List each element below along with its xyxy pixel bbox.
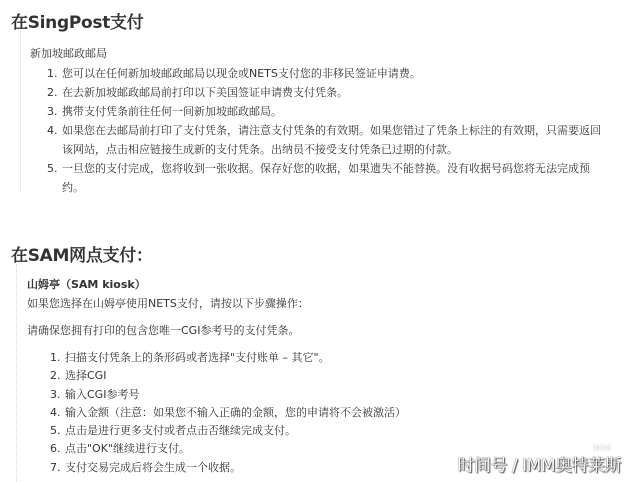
list-item: 2.选择CGI bbox=[50, 367, 550, 385]
singpost-steps-list: 1.您可以在任何新加坡邮政邮局以现金或NETS支付您的非移民签证申请费。 2.在… bbox=[47, 64, 617, 197]
list-item: 2.在去新加坡邮政邮局前打印以下美国签证申请费支付凭条。 bbox=[47, 83, 617, 102]
singpost-section-title: 在SingPost支付 bbox=[11, 8, 143, 33]
watermark-text: 时间号 / IMM奥特莱斯 bbox=[458, 451, 621, 476]
list-item: 3.携带支付凭条前往任何一间新加坡邮政邮局。 bbox=[47, 102, 617, 121]
list-item: 1.扫描支付凭条上的条形码或者选择"支付账单 – 其它"。 bbox=[50, 349, 550, 367]
sam-section-title: 在SAM网点支付： bbox=[11, 241, 153, 266]
list-item: 4.输入金额（注意：如果您不输入正确的金额，您的申请将不会被激活） bbox=[50, 404, 550, 422]
singpost-panel-heading: 新加坡邮政邮局 bbox=[30, 45, 107, 61]
sam-panel-heading: 山姆亭（SAM kiosk） bbox=[27, 276, 146, 292]
list-item: 4.如果您在去邮局前打印了支付凭条，请注意支付凭条的有效期。如果您错过了凭条上标… bbox=[47, 121, 610, 159]
sam-intro-text: 如果您选择在山姆亭使用NETS支付，请按以下步骤操作： bbox=[27, 295, 309, 311]
list-item: 5.点击是进行更多支付或者点击否继续完成支付。 bbox=[50, 422, 550, 440]
list-item: 5.一旦您的支付完成，您将收到一张收据。保存好您的收据，如果遗失不能替换。没有收… bbox=[47, 159, 610, 197]
list-item: 3.输入CGI参考号 bbox=[50, 386, 550, 404]
sam-note-text: 请确保您拥有打印的包含您唯一CGI参考号的支付凭条。 bbox=[27, 322, 299, 338]
list-item: 1.您可以在任何新加坡邮政邮局以现金或NETS支付您的非移民签证申请费。 bbox=[47, 64, 617, 83]
